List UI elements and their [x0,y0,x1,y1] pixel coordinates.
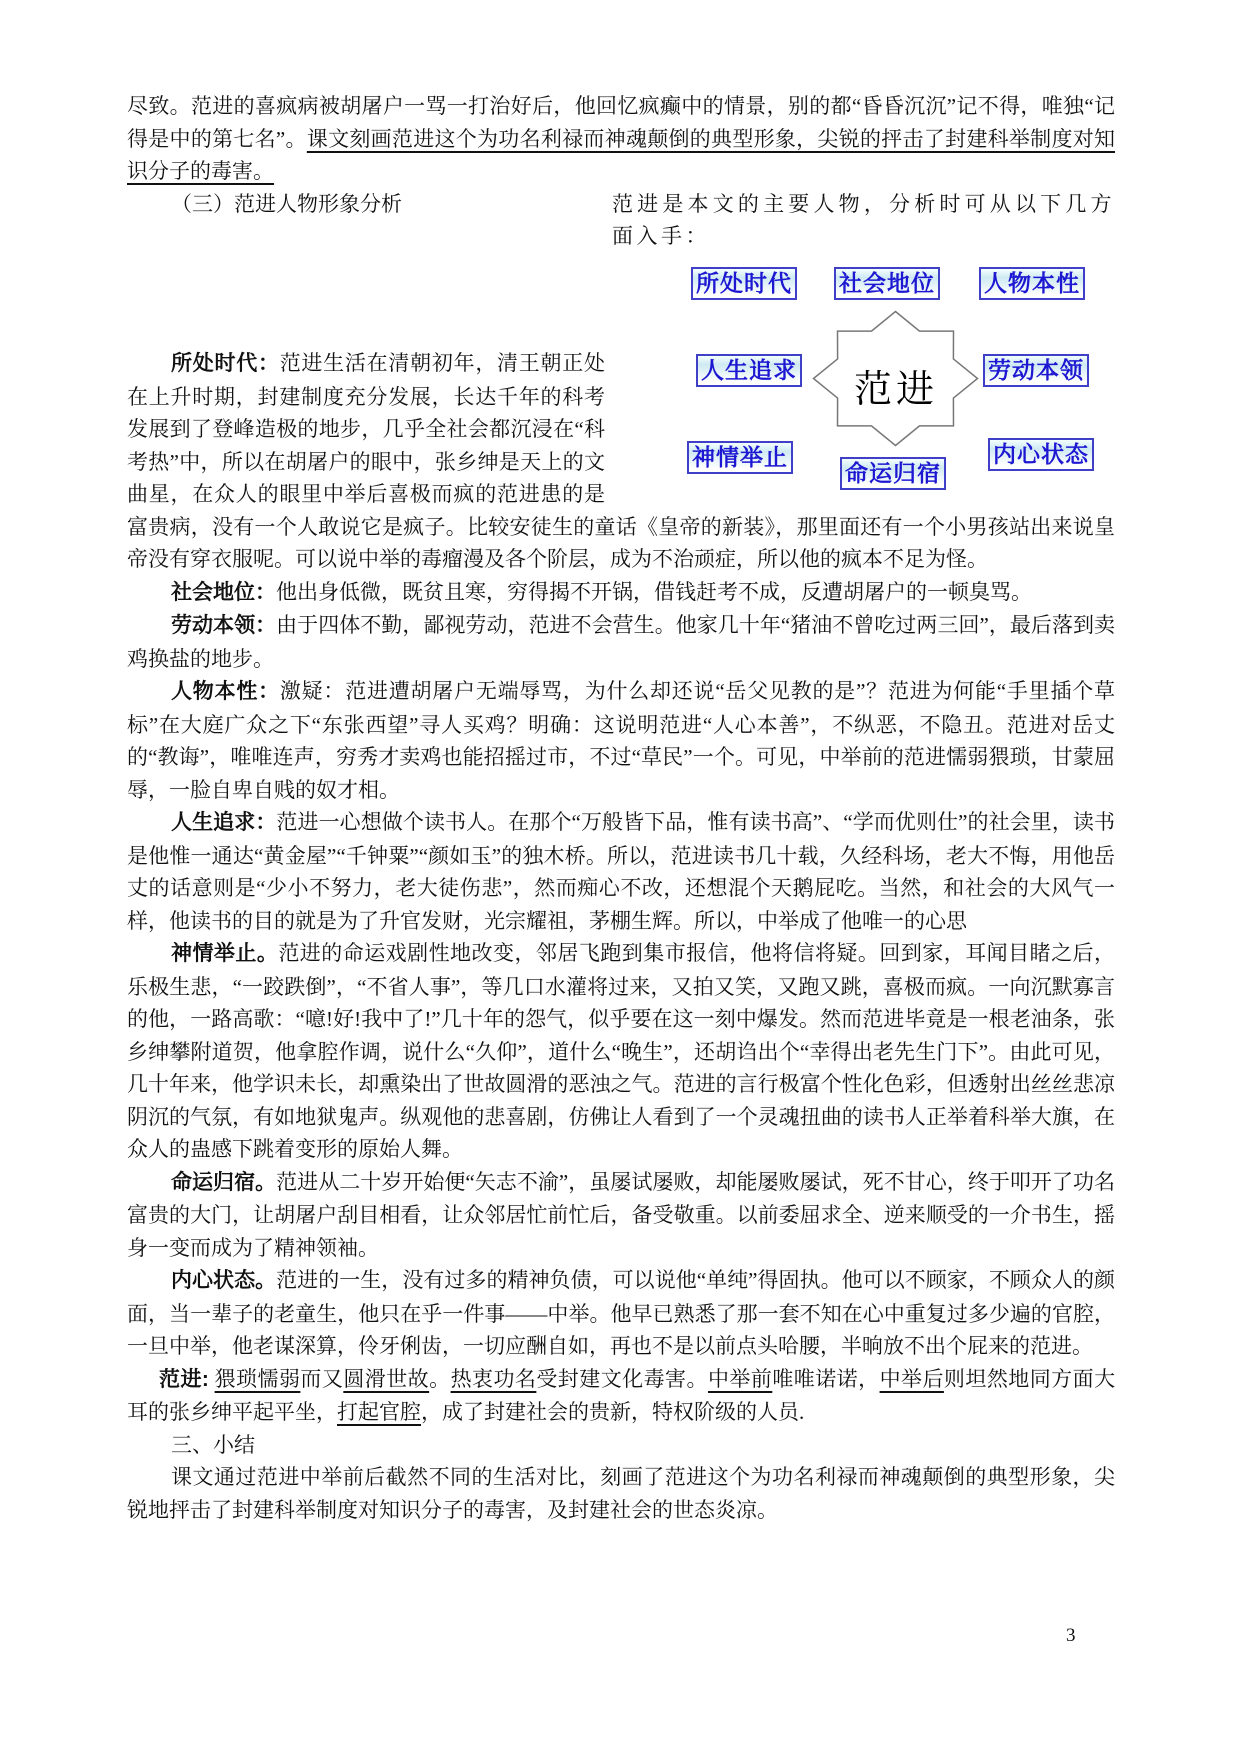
paragraph-manner: 神情举止。范进的命运戏剧性地改变，邻居飞跑到集市报信，他将信将疑。回到家，耳闻目… [127,937,1115,1166]
paragraph-fate: 命运归宿。范进从二十岁开始便“矢志不渝”，虽屡试屡败，却能屡败屡试，死不甘心，终… [127,1166,1115,1265]
summary-heading: 三、小结 [127,1429,1115,1462]
paragraph-summary: 范进: 猥琐懦弱而又圆滑世故。热衷功名受封建文化毒害。中举前唯唯诺诺，中举后则坦… [127,1363,1115,1429]
diagram-box-fate: 命运归宿 [840,457,946,490]
intro-text: 范进是本文的主要人物，分析时可从以下几方面入手： [605,188,1115,253]
diagram-box-nature: 人物本性 [979,267,1085,300]
diagram-box-labor: 劳动本领 [983,354,1089,387]
paragraph-status: 社会地位：他出身低微，既贫且寒，穷得揭不开锅，借钱赶考不成，反遭胡屠户的一顿臭骂… [127,576,1115,610]
diagram-box-status: 社会地位 [834,267,940,300]
paragraph-mind: 内心状态。范进的一生，没有过多的精神负债，可以说他“单纯”得固执。他可以不顾家，… [127,1264,1115,1363]
diagram-center-label: 范进 [836,358,956,413]
fanjin-character-diagram: 范进 所处时代 社会地位 人物本性 人生追求 劳动本领 神情举止 命运归宿 内心… [605,267,1115,507]
page-number: 3 [1066,1625,1076,1647]
diagram-box-pursuit: 人生追求 [696,354,802,387]
analysis-panel: 范进是本文的主要人物，分析时可从以下几方面入手： 范进 所处时代 社会地位 人物… [605,188,1115,508]
page-content: 尽致。范进的喜疯病被胡屠户一骂一打治好后，他回忆疯癫中的情景，别的都“昏昏沉沉”… [127,90,1115,1526]
paragraph-nature: 人物本性：激疑：范进遭胡屠户无端辱骂，为什么却还说“岳父见教的是”？范进为何能“… [127,675,1115,806]
diagram-box-mind: 内心状态 [988,438,1094,471]
paragraph-conclusion: 课文通过范进中举前后截然不同的生活对比，刻画了范进这个为功名利禄而神魂颠倒的典型… [127,1461,1115,1526]
diagram-box-era: 所处时代 [691,267,797,300]
paragraph-labor: 劳动本领：由于四体不勤，鄙视劳动，范进不会营生。他家几十年“猪油不曾吃过两三回”… [127,609,1115,675]
diagram-box-manner: 神情举止 [687,441,793,474]
document-page: 尽致。范进的喜疯病被胡屠户一骂一打治好后，他回忆疯癫中的情景，别的都“昏昏沉沉”… [0,0,1241,1754]
paragraph-continuation: 尽致。范进的喜疯病被胡屠户一骂一打治好后，他回忆疯癫中的情景，别的都“昏昏沉沉”… [127,90,1115,188]
paragraph-pursuit: 人生追求：范进一心想做个读书人。在那个“万般皆下品，惟有读书高”、“学而优则仕”… [127,806,1115,937]
